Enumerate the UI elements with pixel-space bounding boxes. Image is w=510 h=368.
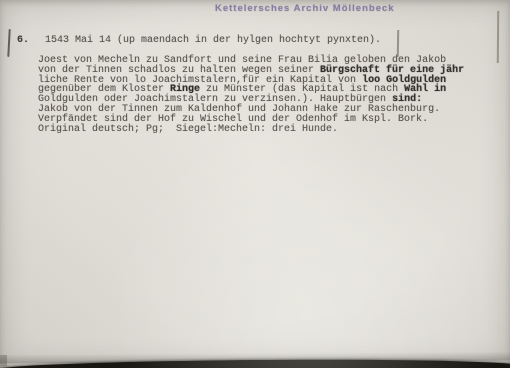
entry-date: 1543 Mai 14 (up maendach in der hylgen h… [45, 35, 381, 46]
entry-number: 6. [17, 35, 29, 46]
archive-stamp: Kettelersches Archiv Möllenbeck [215, 3, 395, 14]
photo-frame: Kettelersches Archiv Möllenbeck 6. 1543 … [0, 0, 510, 368]
crease-line [397, 30, 399, 57]
entry-body: Joest von Mecheln zu Sandfort und seine … [38, 56, 500, 134]
card-text-line: Original deutsch; Pg; Siegel:Mecheln: dr… [38, 125, 500, 135]
pen-stroke-mark [7, 29, 10, 57]
